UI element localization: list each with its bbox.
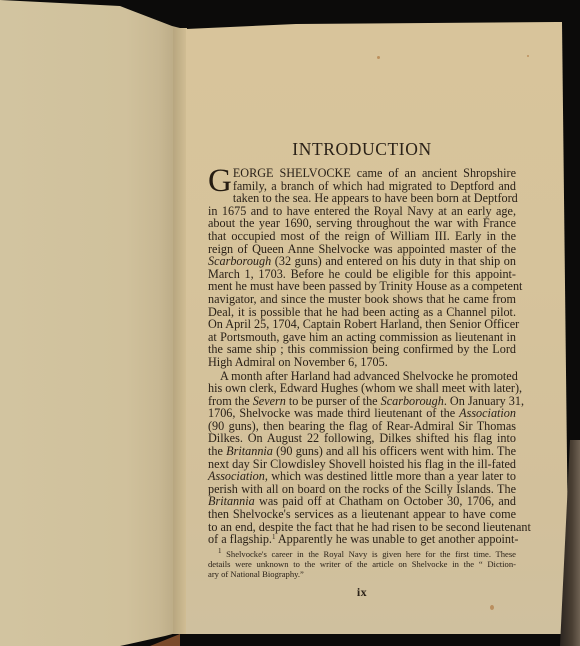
text-line: that occupied most of the reign of Willi… <box>208 230 516 243</box>
text-span: Shelvocke's career in the Royal Navy is … <box>222 549 517 559</box>
book-gutter <box>173 28 187 634</box>
text-line: High Admiral on November 6, 1705. <box>208 356 516 369</box>
paper-foxing-spot <box>527 55 529 57</box>
text-span: of a flagship. <box>208 532 272 546</box>
chapter-heading: INTRODUCTION <box>208 139 516 159</box>
footnote-line: 1 Shelvocke's career in the Royal Navy i… <box>208 549 516 559</box>
drop-cap: G <box>208 168 232 194</box>
ship-name: Britannia <box>226 444 273 458</box>
paragraph-2: A month after Harland had advanced Shelv… <box>208 370 516 546</box>
text-line: then Shelvocke's services as a lieutenan… <box>208 508 516 521</box>
text-line: the Britannia (90 guns) and all his offi… <box>208 445 516 458</box>
page-text: INTRODUCTION G EORGE SHELVOCKE came of a… <box>208 139 516 600</box>
text-line: 1706, Shelvocke was made third lieutenan… <box>208 407 516 420</box>
text-line: Association, which was destined little m… <box>208 470 516 483</box>
footnote-line: ary of National Biography.” <box>208 569 516 579</box>
text-line: On April 25, 1704, Captain Robert Harlan… <box>208 318 516 331</box>
paper-foxing-spot <box>377 56 380 59</box>
text-span: (90 guns) and all his officers went with… <box>273 444 516 458</box>
paragraph-1: G EORGE SHELVOCKE came of an ancient Shr… <box>208 167 516 369</box>
paper-foxing-spot <box>490 605 494 610</box>
footnote-line: details were unknown to the writer of th… <box>208 559 516 569</box>
text-span: the <box>208 444 226 458</box>
book-photo: INTRODUCTION G EORGE SHELVOCKE came of a… <box>0 0 580 646</box>
page-number: ix <box>208 585 516 600</box>
text-line: EORGE SHELVOCKE came of an ancient Shrop… <box>208 167 516 180</box>
left-page-blank <box>0 0 180 646</box>
footnote: 1 Shelvocke's career in the Royal Navy i… <box>208 549 516 580</box>
text-line: navigator, and since the muster book sho… <box>208 293 516 306</box>
text-line: Scarborough (32 guns) and entered on his… <box>208 255 516 268</box>
text-line: taken to the sea. He appears to have bee… <box>208 192 516 205</box>
text-line: of a flagship.1 Apparently he was unable… <box>208 533 516 546</box>
text-span: Apparently he was unable to get another … <box>275 532 518 546</box>
